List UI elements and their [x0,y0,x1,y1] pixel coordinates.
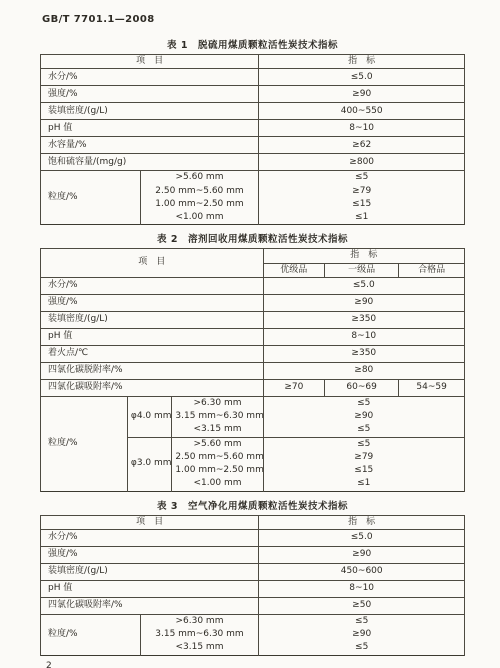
cell-item: 四氯化碳吸附率/% [41,379,264,396]
cell-item: pH 值 [41,328,264,345]
cell-value: ≤5 [259,641,465,655]
cell-value: ≤15 [263,464,464,477]
table-row: 强度/% ≥90 [41,546,465,563]
cell-value: ≤5 [259,171,465,185]
table-header-row: 项 目 指 标 [41,515,465,529]
table2: 项 目 指 标 优级品 一级品 合格品 水分/% ≤5.0 强度/% ≥90 装… [40,248,465,491]
cell-range: <3.15 mm [140,641,259,655]
cell-range: 1.00 mm~2.50 mm [172,464,263,477]
cell-value-first-grade: 60~69 [325,379,399,396]
cell-range: <1.00 mm [172,477,263,491]
cell-diameter: φ3.0 mm [127,437,172,491]
table-row: 着火点/℃ ≥350 [41,345,465,362]
table-row: 四氯化碳吸附率/% ≥50 [41,597,465,614]
cell-value: ≥90 [263,294,464,311]
cell-range: <3.15 mm [172,423,263,437]
cell-range: 3.15 mm~6.30 mm [140,628,259,641]
table1: 项 目 指 标 水分/% ≤5.0 强度/% ≥90 装填密度/(g/L) 40… [40,54,465,225]
cell-value: ≥90 [259,86,465,103]
cell-value: ≤5.0 [259,529,465,546]
grade-header: 一级品 [325,263,399,277]
cell-range: >5.60 mm [172,437,263,451]
table-row: 装填密度/(g/L) 450~600 [41,563,465,580]
cell-value: 8~10 [263,328,464,345]
table-row: pH 值 8~10 [41,580,465,597]
cell-value: ≤5 [263,396,464,410]
cell-range: >6.30 mm [172,396,263,410]
cell-item: 强度/% [41,546,259,563]
cell-range: <1.00 mm [140,211,259,225]
cell-item: 强度/% [41,294,264,311]
cell-item: 水分/% [41,69,259,86]
table-header-row: 项 目 指 标 [41,55,465,69]
table-row: 四氯化碳脱附率/% ≥80 [41,362,465,379]
cell-particle-label: 粒度/% [41,171,141,225]
table-row: 饱和硫容量/(mg/g) ≥800 [41,154,465,171]
cell-item: 四氯化碳吸附率/% [41,597,259,614]
cell-value: ≥350 [263,311,464,328]
cell-range: 3.15 mm~6.30 mm [172,410,263,423]
table1-title: 表 1 脱硫用煤质颗粒活性炭技术指标 [40,37,465,51]
page-number: 2 [46,661,465,668]
cell-item: 装填密度/(g/L) [41,563,259,580]
cell-range: 1.00 mm~2.50 mm [140,198,259,211]
particle-row: 粒度/% >6.30 mm ≤5 [41,614,465,628]
cell-diameter: φ4.0 mm [127,396,172,437]
col-header-value: 指 标 [263,249,464,263]
table-row: 水分/% ≤5.0 [41,69,465,86]
cell-value: ≥350 [263,345,464,362]
cell-value: ≥62 [259,137,465,154]
table-row: 四氯化碳吸附率/% ≥70 60~69 54~59 [41,379,465,396]
cell-value: ≤5 [259,614,465,628]
cell-item: 装填密度/(g/L) [41,103,259,120]
cell-value: ≥79 [263,451,464,464]
cell-value: ≥90 [263,410,464,423]
cell-particle-label: 粒度/% [41,614,141,655]
cell-value: 450~600 [259,563,465,580]
cell-value: ≥800 [259,154,465,171]
table3: 项 目 指 标 水分/% ≤5.0 强度/% ≥90 装填密度/(g/L) 45… [40,515,465,656]
cell-value: 8~10 [259,120,465,137]
grade-header: 合格品 [399,263,465,277]
col-header-value: 指 标 [259,515,465,529]
col-header-item: 项 目 [41,249,264,278]
cell-range: 2.50 mm~5.60 mm [140,185,259,198]
cell-value: ≥79 [259,185,465,198]
table-row: 水容量/% ≥62 [41,137,465,154]
cell-item: 着火点/℃ [41,345,264,362]
cell-value: ≤5.0 [259,69,465,86]
table-row: pH 值 8~10 [41,328,465,345]
table-row: 装填密度/(g/L) 400~550 [41,103,465,120]
cell-value: ≤5.0 [263,277,464,294]
table-row: 强度/% ≥90 [41,86,465,103]
cell-value: ≤5 [263,437,464,451]
col-header-value: 指 标 [259,55,465,69]
cell-item: 装填密度/(g/L) [41,311,264,328]
doc-number: GB/T 7701.1—2008 [42,14,465,25]
cell-range: >6.30 mm [140,614,259,628]
table-row: 水分/% ≤5.0 [41,529,465,546]
cell-item: 饱和硫容量/(mg/g) [41,154,259,171]
cell-value: ≥90 [259,628,465,641]
cell-value: ≥50 [259,597,465,614]
cell-value: ≤1 [263,477,464,491]
particle-row: 粒度/% φ4.0 mm >6.30 mm ≤5 [41,396,465,410]
table-header-row: 项 目 指 标 [41,249,465,263]
table3-title: 表 3 空气净化用煤质颗粒活性炭技术指标 [40,498,465,512]
cell-item: 水分/% [41,529,259,546]
cell-item: 强度/% [41,86,259,103]
grade-header: 优级品 [263,263,324,277]
table-row: 装填密度/(g/L) ≥350 [41,311,465,328]
table-row: 强度/% ≥90 [41,294,465,311]
table-row: pH 值 8~10 [41,120,465,137]
table2-title: 表 2 溶剂回收用煤质颗粒活性炭技术指标 [40,231,465,245]
cell-value: ≤5 [263,423,464,437]
cell-value: 8~10 [259,580,465,597]
particle-row: 粒度/% >5.60 mm ≤5 [41,171,465,185]
cell-item: 水分/% [41,277,264,294]
cell-item: 四氯化碳脱附率/% [41,362,264,379]
col-header-item: 项 目 [41,55,259,69]
document-page: GB/T 7701.1—2008 表 1 脱硫用煤质颗粒活性炭技术指标 项 目 … [0,0,500,668]
cell-range: >5.60 mm [140,171,259,185]
cell-value: 400~550 [259,103,465,120]
col-header-item: 项 目 [41,515,259,529]
cell-value: ≤1 [259,211,465,225]
cell-value: ≤15 [259,198,465,211]
cell-value: ≥90 [259,546,465,563]
cell-value-qualified: 54~59 [399,379,465,396]
cell-particle-label: 粒度/% [41,396,128,491]
table-row: 水分/% ≤5.0 [41,277,465,294]
cell-range: 2.50 mm~5.60 mm [172,451,263,464]
cell-item: pH 值 [41,120,259,137]
cell-item: 水容量/% [41,137,259,154]
cell-value: ≥80 [263,362,464,379]
cell-value-premium: ≥70 [263,379,324,396]
cell-item: pH 值 [41,580,259,597]
